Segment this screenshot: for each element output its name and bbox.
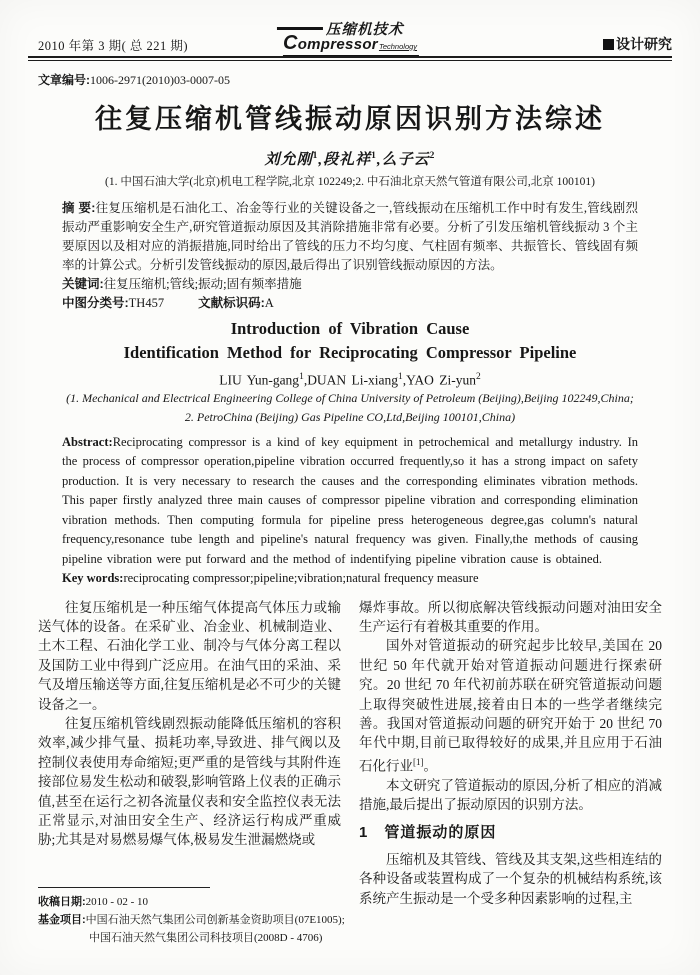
keywords-en-text: reciprocating compressor;pipeline;vibrat… — [123, 571, 478, 585]
author-name-en: ,YAO Zi-yun — [403, 373, 476, 388]
square-marker-icon — [603, 39, 614, 50]
paragraph-text: 国外对管道振动的研究起步比较早,美国在 20 世纪 50 年代就开始对管道振动问… — [359, 638, 662, 773]
affiliation-cn: (1. 中国石油大学(北京)机电工程学院,北京 102249;2. 中石油北京天… — [38, 173, 662, 189]
footnote-divider-rule — [38, 887, 210, 888]
fund-project-label: 基金项目: — [38, 914, 86, 926]
page-header: 2010 年第 3 期( 总 221 期) 压缩机技术 CompressorTe… — [30, 22, 672, 56]
author-affil-sup: 2 — [476, 372, 481, 382]
clc-label: 中图分类号: — [62, 296, 129, 310]
keywords-cn-text: 往复压缩机;管线;振动;固有频率措施 — [104, 277, 302, 291]
article-content: 往复压缩机管线振动原因识别方法综述 刘允刚1,段礼祥1,么子云2 (1. 中国石… — [38, 96, 662, 908]
author-name: ,段礼祥 — [318, 152, 371, 168]
authors-en: LIU Yun-gang1,DUAN Li-xiang1,YAO Zi-yun2 — [38, 372, 662, 389]
body-paragraph: 往复压缩机是一种压缩气体提高气体压力或输送气体的设备。在采矿业、冶金业、机械制造… — [38, 598, 341, 714]
header-divider-rule — [28, 56, 672, 61]
author-name: ,么子云 — [377, 152, 430, 168]
keywords-en-label: Key words: — [62, 571, 123, 585]
logo-english-subname: Technology — [379, 42, 417, 51]
title-en-line1: Introduction of Vibration Cause — [38, 317, 662, 341]
body-paragraph: 国外对管道振动的研究起步比较早,美国在 20 世纪 50 年代就开始对管道振动问… — [359, 636, 662, 775]
keywords-cn: 关键词:往复压缩机;管线;振动;固有频率措施 — [62, 275, 638, 294]
article-id-line: 文章编号:1006-2971(2010)03-0007-05 — [38, 71, 230, 88]
journal-logo: 压缩机技术 CompressorTechnology — [283, 20, 419, 57]
keywords-en: Key words:reciprocating compressor;pipel… — [62, 569, 638, 589]
journal-page: 2010 年第 3 期( 总 221 期) 压缩机技术 CompressorTe… — [0, 0, 700, 975]
abstract-en-label: Abstract: — [62, 435, 113, 449]
issue-info: 2010 年第 3 期( 总 221 期) — [38, 36, 188, 54]
right-column: 爆炸事故。所以彻底解决管线振动问题对油田安全生产运行有着极其重要的作用。 国外对… — [359, 598, 662, 909]
fund-project-line2: 中国石油天然气集团公司科技项目(2008D - 4706) — [38, 929, 348, 947]
author-name-en: ,DUAN Li-xiang — [304, 373, 398, 388]
body-paragraph: 往复压缩机管线剧烈振动能降低压缩机的容积效率,减少排气量、损耗功率,导致进、排气… — [38, 714, 341, 850]
article-id-label: 文章编号: — [38, 73, 90, 87]
article-title-en: Introduction of Vibration Cause Identifi… — [38, 317, 662, 365]
author-affil-sup: 2 — [430, 151, 436, 161]
doc-code-value: A — [265, 296, 274, 310]
abstract-en-text: Reciprocating compressor is a kind of ke… — [62, 435, 638, 566]
received-date-line: 收稿日期:2010 - 02 - 10 — [38, 893, 348, 911]
clc-line: 中图分类号:TH457文献标识码:A — [62, 294, 638, 313]
doc-code-label: 文献标识码: — [198, 296, 265, 310]
fund-project-line1: 基金项目:中国石油天然气集团公司创新基金资助项目(07E1005); — [38, 911, 348, 929]
keywords-cn-label: 关键词: — [62, 277, 104, 291]
body-columns: 往复压缩机是一种压缩气体提高气体压力或输送气体的设备。在采矿业、冶金业、机械制造… — [38, 598, 662, 909]
author-name: 刘允刚 — [265, 152, 313, 168]
body-paragraph-continued: 爆炸事故。所以彻底解决管线振动问题对油田安全生产运行有着极其重要的作用。 — [359, 598, 662, 637]
logo-chinese-row: 压缩机技术 — [277, 20, 419, 36]
abstract-cn-text: 往复压缩机是石油化工、冶金等行业的关键设备之一,管线振动在压缩机工作中时有发生,… — [62, 201, 638, 272]
affiliation-en-1: (1. Mechanical and Electrical Engineerin… — [38, 389, 662, 409]
received-date-label: 收稿日期: — [38, 896, 86, 908]
section-heading-1: 1管道振动的原因 — [359, 823, 662, 842]
article-id-value: 1006-2971(2010)03-0007-05 — [90, 73, 230, 87]
received-date-value: 2010 - 02 - 10 — [86, 896, 148, 908]
authors-cn: 刘允刚1,段礼祥1,么子云2 — [38, 148, 662, 169]
abstract-en: Abstract:Reciprocating compressor is a k… — [62, 433, 638, 570]
footnote-block: 收稿日期:2010 - 02 - 10 基金项目:中国石油天然气集团公司创新基金… — [38, 887, 348, 947]
abstract-cn: 摘 要:往复压缩机是石油化工、冶金等行业的关键设备之一,管线振动在压缩机工作中时… — [62, 199, 638, 275]
title-en-line2: Identification Method for Reciprocating … — [38, 341, 662, 365]
left-column: 往复压缩机是一种压缩气体提高气体压力或输送气体的设备。在采矿业、冶金业、机械制造… — [38, 598, 341, 909]
column-section-label: 设计研究 — [603, 34, 672, 54]
affiliation-en-2: 2. PetroChina (Beijing) Gas Pipeline CO,… — [38, 408, 662, 428]
section-text: 设计研究 — [616, 36, 672, 52]
body-paragraph: 压缩机及其管线、管线及其支架,这些相连结的各种设备或装置构成了一个复杂的机械结构… — [359, 850, 662, 908]
section-title: 管道振动的原因 — [384, 824, 496, 841]
clc-value: TH457 — [129, 296, 164, 310]
section-number: 1 — [359, 824, 368, 841]
logo-english-name: Compressor — [283, 36, 378, 52]
article-title-cn: 往复压缩机管线振动原因识别方法综述 — [38, 101, 662, 137]
citation-ref: [1] — [413, 757, 424, 767]
logo-english-row: CompressorTechnology — [283, 36, 419, 57]
body-paragraph: 本文研究了管道振动的原因,分析了相应的消减措施,最后提出了振动原因的识别方法。 — [359, 776, 662, 815]
paragraph-text: 。 — [424, 758, 438, 773]
logo-dash-icon — [277, 27, 323, 30]
fund-project-value1: 中国石油天然气集团公司创新基金资助项目(07E1005); — [86, 914, 345, 926]
author-name-en: LIU Yun-gang — [219, 373, 299, 388]
abstract-cn-label: 摘 要: — [62, 201, 95, 215]
